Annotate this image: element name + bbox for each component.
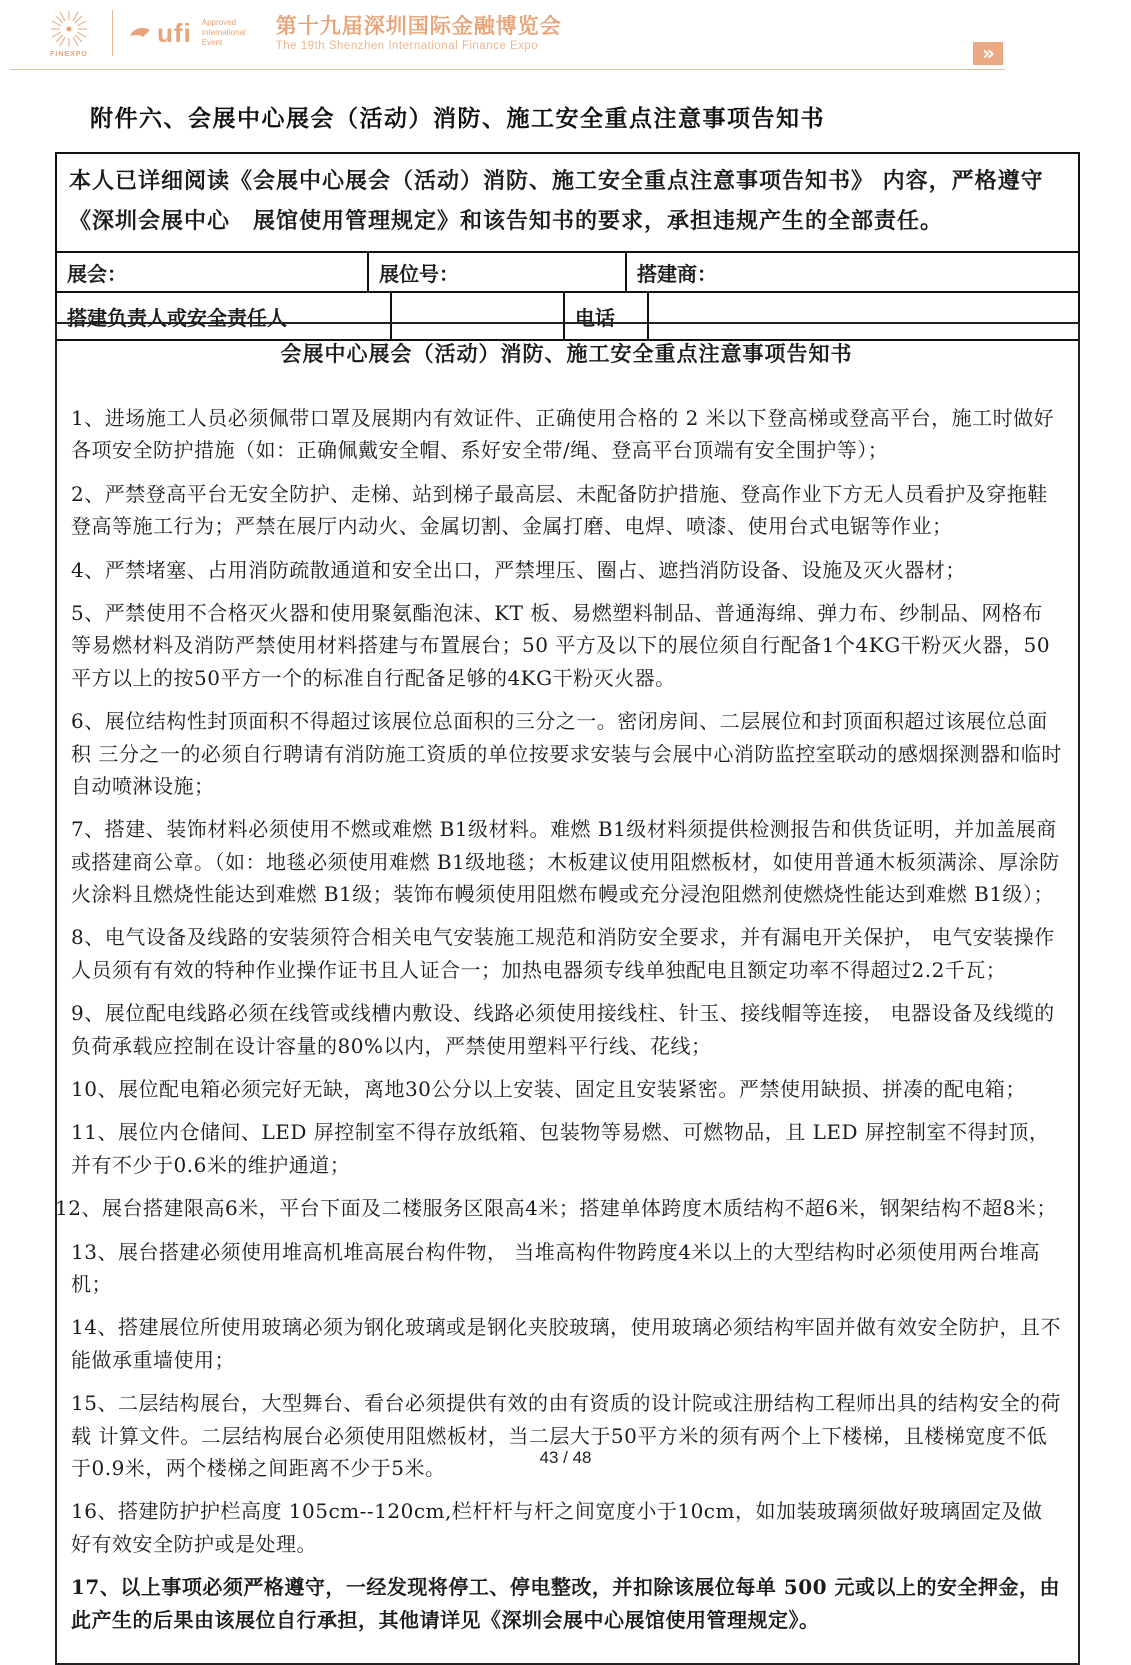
notice-item: 8、电气设备及线路的安装须符合相关电气安装施工规范和消防安全要求，并有漏电开关保…	[71, 921, 1062, 986]
chevron-right-icon: »	[973, 42, 1003, 65]
booth-number-label-cell: 展位号：	[367, 253, 625, 291]
finexpo-logo: FINEXPO	[38, 8, 100, 58]
document-title: 附件六、会展中心展会（活动）消防、施工安全重点注意事项告知书	[90, 100, 1090, 133]
expo-title-cn: 第十九届深圳国际金融博览会	[276, 14, 562, 38]
expo-title-en: The 19th Shenzhen International Finance …	[276, 40, 562, 52]
page-header: FINEXPO ufi Approved International Event…	[0, 0, 1131, 72]
notice-item: 17、以上事项必须严格遵守，一经发现将停工、停电整改，并扣除该展位每单 500 …	[71, 1571, 1062, 1636]
notice-item: 5、严禁使用不合格灭火器和使用聚氨酯泡沫、KT 板、易燃塑料制品、普通海绵、弹力…	[71, 597, 1062, 694]
notice-title: 会展中心展会（活动）消防、施工安全重点注意事项告知书	[71, 338, 1062, 368]
declaration-statement: 本人已详细阅读《会展中心展会（活动）消防、施工安全重点注意事项告知书》 内容，严…	[57, 154, 1078, 251]
notice-item: 10、展位配电箱必须完好无缺，离地30公分以上安装、固定且安装紧密。严禁使用缺损…	[71, 1073, 1062, 1105]
notice-item: 6、展位结构性封顶面积不得超过该展位总面积的三分之一。密闭房间、二层展位和封顶面…	[71, 705, 1062, 802]
notice-item: 13、展台搭建必须使用堆高机堆高展台构件物， 当堆高构件物跨度4米以上的大型结构…	[71, 1236, 1062, 1301]
exhibition-label-cell: 展会：	[57, 253, 367, 291]
declaration-table: 本人已详细阅读《会展中心展会（活动）消防、施工安全重点注意事项告知书》 内容，严…	[55, 152, 1080, 341]
notice-item: 16、搭建防护护栏高度 105cm--120cm,栏杆杆与杆之间宽度小于10cm…	[71, 1495, 1062, 1560]
notice-item: 4、严禁堵塞、占用消防疏散通道和安全出口，严禁埋压、圈占、遮挡消防设备、设施及灭…	[71, 554, 1062, 586]
ufi-sub-text: Approved International Event	[202, 18, 262, 48]
notice-item: 2、严禁登高平台无安全防护、走梯、站到梯子最高层、未配备防护措施、登高作业下方无…	[71, 478, 1062, 543]
notice-item: 7、搭建、装饰材料必须使用不燃或难燃 B1级材料。难燃 B1级材料须提供检测报告…	[71, 813, 1062, 910]
finexpo-logo-text: FINEXPO	[50, 51, 88, 58]
notice-item: 15、二层结构展台，大型舞台、看台必须提供有效的由有资质的设计院或注册结构工程师…	[71, 1387, 1062, 1484]
expo-title-block: 第十九届深圳国际金融博览会 The 19th Shenzhen Internat…	[276, 14, 562, 52]
contractor-label-cell: 搭建商：	[625, 253, 1078, 291]
notice-item: 14、搭建展位所使用玻璃必须为钢化玻璃或是钢化夹胶玻璃，使用玻璃必须结构牢固并做…	[71, 1311, 1062, 1376]
notice-item: 9、展位配电线路必须在线管或线槽内敷设、线路必须使用接线柱、针玉、接线帽等连接，…	[71, 997, 1062, 1062]
header-rule	[10, 69, 1005, 70]
ufi-logo: ufi Approved International Event	[129, 18, 262, 48]
notice-item: 11、展位内仓储间、LED 屏控制室不得存放纸箱、包装物等易燃、可燃物品，且 L…	[71, 1116, 1062, 1181]
page-number: 43 / 48	[0, 1448, 1131, 1468]
notice-item: 1、进场施工人员必须佩带口罩及展期内有效证件、正确使用合格的 2 米以下登高梯或…	[71, 402, 1062, 467]
header-divider	[112, 10, 113, 56]
sunburst-icon	[45, 8, 93, 50]
ufi-swoosh-icon	[129, 25, 151, 41]
ufi-logo-text: ufi	[157, 20, 192, 46]
notice-item: 12、展台搭建限高6米，平台下面及二楼服务区限高4米；搭建单体跨度木质结构不超6…	[55, 1192, 1062, 1224]
